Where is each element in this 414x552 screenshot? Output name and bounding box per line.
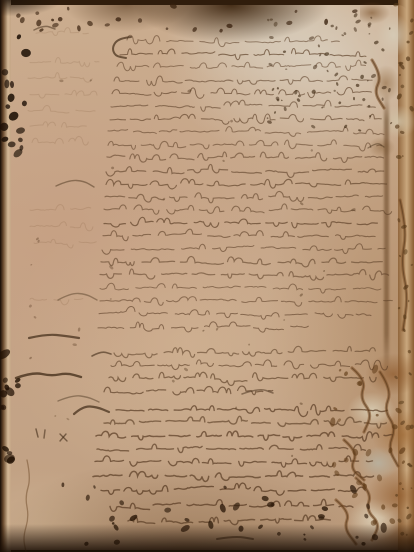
right-leaf-flecks [397,306,400,309]
right-leaf-flecks [395,493,399,497]
decay-flecks [338,368,341,372]
bottom-edge-spots [303,533,306,536]
bottom-edge-spots [112,522,115,525]
decay-flecks [376,414,379,417]
page-scatter [291,454,294,457]
paragraph-1-line [127,35,339,46]
paragraph-1-line [107,152,384,162]
margin-cross-a [60,434,67,441]
binding-blotches-lower [1,445,10,453]
paragraph-2-line [111,360,387,370]
right-leaf-flecks [406,40,409,43]
top-edge-spots [19,16,25,23]
page-scatter [187,89,192,93]
paragraph-1-line [117,60,366,71]
top-left-marks [34,26,55,30]
bottom-edge-spots [318,514,325,519]
left-margin-flecks [35,237,39,241]
bottom-edge-spots [223,485,228,490]
underlying-leaf-edge [398,0,414,552]
margin-cross-b [60,434,66,441]
top-right-flecks [277,87,279,89]
paragraph2-end-sweep [242,390,273,394]
paragraph-3-line [116,405,387,417]
top-right-flecks [363,61,367,65]
paragraph-1-line [100,297,392,307]
right-leaf-flecks [402,328,406,332]
binding-blotches-lower [3,384,10,391]
paragraph-1-line [108,140,381,151]
binding-blotches-upper [7,110,20,123]
paragraph-3-line [104,416,386,428]
top-right-flecks [275,96,279,100]
binding-blotches-lower [2,377,9,384]
right-leaf-flecks [393,2,399,7]
top-right-flecks [283,50,287,53]
bottom-edge-spots [355,536,358,539]
bottom-edge-spots [361,542,366,546]
decay-flecks [333,469,340,476]
right-leaf-flecks [399,420,405,426]
worm-trail-core [380,372,398,466]
margin-swash-3 [58,396,99,402]
left-margin-flecks [29,356,33,359]
top-right-flecks [356,84,360,88]
bottom-shadow [0,524,414,552]
binding-blotches-upper [19,145,24,151]
bottom-edge-spots [238,525,244,532]
right-leaf-flecks [403,249,408,255]
top-right-flecks [389,27,391,30]
worm-trail-core [372,60,384,108]
top-right-flecks [324,52,330,57]
worm-trail [372,60,384,108]
decay-flecks [376,474,382,482]
decay-top-right [360,0,414,160]
bleedthrough-line [28,73,92,83]
decay-flecks [394,407,402,415]
decay-flecks [332,461,337,467]
right-leaf-flecks [408,372,412,376]
decay-flecks [330,417,336,427]
top-edge-spots [77,25,81,32]
left-margin-flecks [66,418,70,421]
page-scatter [323,270,326,273]
decay-flecks [398,482,402,486]
page-scatter [183,367,188,372]
paragraph-1-line [106,179,387,189]
bottom-edge-spots [113,524,120,532]
page-scatter [202,329,205,332]
worm-trail [380,372,398,466]
right-leaf-flecks [397,218,401,223]
top-edge-spots [294,9,298,13]
binding-blotches-upper [22,100,28,106]
decay-flecks [381,504,385,510]
right-leaf-flecks [398,400,404,405]
paragraph-3-line [97,444,365,452]
bottom-edge-spots [261,495,269,502]
binding-blotches-upper [5,104,11,110]
top-edge-spots [165,27,168,30]
bottom-edge-spots [309,525,314,530]
paragraph-2-line [109,372,376,385]
top-edge-spots [226,24,233,29]
bottom-edge-spots [318,516,324,520]
worm-trail-core [344,440,364,480]
decay-flecks [404,424,412,432]
decay-flecks [343,371,348,377]
paragraph-3-line [128,515,330,525]
top-right-flecks [271,87,275,91]
paragraph3-lead-in [74,406,109,414]
right-leaf-flecks [399,255,402,258]
worm-trail-core [400,200,407,330]
top-right-flecks [326,69,329,72]
paragraph-1-line [110,114,381,124]
right-leaf-flecks [401,224,408,229]
top-right-flecks [268,62,273,66]
bleedthrough-line [30,222,93,231]
page-scatter [222,159,225,162]
bottom-edge-spots [83,541,89,547]
binding-blotches-upper [17,137,23,143]
bleedthrough-line [34,239,96,248]
top-right-flecks [336,82,339,86]
decay-flecks [370,519,378,527]
paragraph-1-line [100,283,381,293]
right-leaf-flecks [400,531,405,536]
page-scatter [299,293,303,297]
bottom-edge-spots [207,520,214,529]
bottom-edge-spots [321,506,328,512]
binding-blotches-upper [12,147,24,159]
top-edge-spots [104,23,110,27]
top-right-flecks [369,115,372,118]
top-right-flecks [388,88,392,93]
bottom-edge-spots [380,523,387,533]
paragraph-1-line [100,269,389,280]
binding-blotches-upper [8,141,16,147]
top-edge-spots [324,19,328,25]
binding-blotches-upper [15,127,25,135]
margin-swash-2 [58,293,97,300]
bottom-edge-spots [303,538,307,542]
top-edge-spots [39,28,44,33]
bottom-edge-spots [267,501,275,508]
top-right-flecks [267,18,270,21]
bottom-edge-spots [219,503,227,513]
binding-blotches-lower [3,453,16,464]
page-scatter [110,298,112,299]
binding-blotches-upper [0,121,10,133]
bleedthrough-line [36,28,88,36]
page-scatter [215,327,218,331]
top-right-flecks [338,101,342,105]
left-margin-flecks [28,304,32,308]
right-margin-curl [368,144,384,148]
top-edge-spots [51,22,59,28]
top-right-flecks [283,106,287,111]
left-margin-flecks [30,264,32,266]
paragraph-3-line [96,431,392,441]
decay-flecks [365,448,373,457]
right-leaf-flecks [408,300,410,303]
top-right-flecks [343,32,347,36]
bottom-edge-spots [276,531,281,536]
top-right-flecks [330,25,334,28]
top-right-flecks [370,73,376,79]
worm-trail [356,478,377,540]
top-right-flecks [273,21,278,27]
top-right-flecks [360,74,364,79]
right-leaf-flecks [405,56,411,62]
right-leaf-flecks [396,155,402,160]
binding-blotches-upper [1,136,9,143]
parchment-page [6,5,408,550]
right-leaf-flecks [402,155,404,157]
top-right-flecks [308,36,314,41]
right-leaf-flecks [403,314,407,319]
top-right-flecks [353,13,358,19]
margin-swash-1 [56,180,94,187]
page-scatter [283,319,285,321]
binding-blotches-upper [16,34,22,40]
paragraph-1-line [106,164,384,177]
page-scatter [162,197,166,200]
top-right-flecks [367,80,369,82]
binding-blotches-lower [14,377,21,384]
bottom-edge-spots [363,513,369,519]
top-right-flecks [333,90,335,92]
left-margin-flecks [54,415,56,417]
paragraph-1-line [101,257,382,267]
bleedthrough-line [30,58,99,67]
top-right-flecks [362,97,366,101]
right-leaf-flecks [409,105,414,112]
page-scatter [322,105,325,107]
margin-tick-1 [36,429,38,437]
decay-flecks [351,492,359,500]
binding-blotches-upper [1,69,9,76]
top-right-flecks [368,24,371,27]
right-leaf-flecks [409,424,414,430]
right-leaf-flecks [410,487,412,489]
right-leaf-flecks [405,513,412,521]
bottom-edge-spots [85,494,90,501]
top-right-flecks [274,111,277,114]
page-scatter [171,379,175,383]
decay-flecks [401,460,405,465]
top-edge-spots [219,28,224,33]
top-right-flecks [277,98,280,101]
paragraph-3-line [110,499,353,511]
decay-flecks [337,418,342,423]
top-right-flecks [353,27,357,32]
worm-trail [352,368,370,432]
top-edge-spots [169,3,177,10]
manuscript-photo [0,0,414,552]
paragraph-1-line [114,76,372,86]
bottom-edge-spots [164,507,171,513]
worm-trail-core [356,478,377,540]
right-leaf-flecks [407,463,412,467]
top-right-flecks [294,90,298,95]
bleedthrough-line [30,90,97,98]
top-right-flecks [311,89,317,95]
right-leaf-flecks [406,506,409,509]
left-margin-flecks [78,327,81,332]
binding-blotches-lower [0,389,9,399]
top-right-flecks [311,124,316,129]
decay-flecks [371,364,379,375]
paragraph-1-line [112,88,371,99]
top-right-flecks [269,18,273,21]
top-right-flecks [285,68,287,69]
binding-blotches-lower [4,385,17,397]
top-right-flecks [390,122,393,125]
top-right-flecks [381,85,387,89]
top-edge-spots [51,18,55,22]
worm-trail-core [352,368,370,432]
top-right-flecks [358,129,362,132]
paragraph-1-line [111,100,375,111]
right-leaf-flecks [399,64,405,71]
binding-blotches-upper [7,93,16,103]
top-right-flecks [367,22,372,27]
decay-flecks [391,424,398,430]
right-leaf-flecks [400,84,405,89]
decay-bottom-right [320,350,414,552]
page-scatter [109,265,115,271]
margin-tick-2 [44,430,45,438]
binding-blotches-upper [21,49,31,57]
top-right-flecks [373,40,379,45]
decay-flecks [343,457,348,463]
top-right-flecks [381,48,385,52]
decay-flecks [392,503,398,507]
bleedthrough-line [30,122,86,127]
worm-trail-core [336,500,356,544]
paragraph-1-line [102,244,385,255]
worm-trail [400,200,407,330]
page-scatter [299,402,303,405]
paragraph-1-line [104,204,392,215]
top-right-flecks [367,104,371,108]
top-edge-spots [335,26,338,30]
right-leaf-flecks [402,488,404,491]
page-crease [384,92,389,377]
bottom-edge-spots [257,524,263,530]
margin-scribble [16,374,81,379]
rubric-initial [113,37,131,58]
paragraph-2-line [114,346,375,358]
paragraph-3-line [93,471,374,482]
paragraph-1-line [120,49,366,60]
right-leaf-flecks [396,93,403,101]
page-scatter [111,166,114,169]
decay-flecks [352,448,359,456]
decay-flecks [388,517,396,525]
top-edge-spots [57,16,63,22]
top-edge-spots [352,9,358,14]
binding-blotches-lower [5,455,16,465]
right-leaf-flecks [407,462,411,465]
handwriting-layer [0,0,414,552]
bottom-edge-spots [184,517,190,522]
page-scatter [59,79,63,82]
worm-trail [336,500,356,544]
corner-crack [24,460,29,552]
left-margin-flecks [33,316,37,319]
right-leaf-flecks [408,30,414,35]
closing-dash [217,537,253,539]
binding-blotches-upper [4,79,9,88]
page-scatter [310,149,313,152]
paragraph-3-line [95,456,373,467]
top-right-flecks [382,97,384,101]
bleedthrough-line [32,136,88,145]
top-edge-spots [138,18,142,23]
top-right-flecks [353,97,355,100]
page-scatter [89,79,92,82]
binding-blotches-lower [7,451,13,455]
decay-flecks [373,519,378,524]
paragraph-1-line [99,307,371,320]
top-edge-spots [15,13,21,19]
item-lead-in [92,352,111,356]
right-leaf-flecks [397,518,402,524]
page-scatter [248,343,251,346]
margin-dash [29,335,79,338]
right-leaf-flecks [410,263,413,266]
decay-flecks [362,482,366,487]
paragraph-1-line [108,127,384,137]
binding-blotches-lower [0,404,7,411]
decay-flecks [358,380,363,386]
right-leaf-flecks [394,124,400,130]
right-leaf-flecks [398,74,401,77]
paragraph-1-line [103,229,375,241]
decay-flecks [356,381,362,387]
bottom-edge-spots [108,515,116,523]
binding-blotches-lower [0,347,12,361]
top-right-flecks [370,16,373,19]
top-edge-spots [36,19,42,27]
bottom-edge-spots [349,484,359,495]
bottom-edge-spots [113,539,120,545]
top-right-flecks [318,44,321,47]
binding-blotches-lower [0,404,5,411]
top-right-flecks [269,36,274,40]
top-right-flecks [343,124,347,129]
bleedthrough-line [30,298,83,305]
top-right-flecks [298,95,301,98]
bottom-edge-spots [61,482,64,487]
left-margin-flecks [72,343,77,346]
top-right-flecks [281,100,283,102]
top-right-flecks [334,72,339,77]
bottom-edge-spots [371,533,380,542]
right-leaf-flecks [398,62,401,67]
left-margin-flecks [37,239,40,243]
top-right-flecks [267,117,269,119]
binding-spine [0,0,11,552]
top-right-flecks [321,106,324,108]
decay-flecks [362,483,368,490]
decay-flecks [388,447,393,454]
bottom-edge-spots [93,485,96,489]
